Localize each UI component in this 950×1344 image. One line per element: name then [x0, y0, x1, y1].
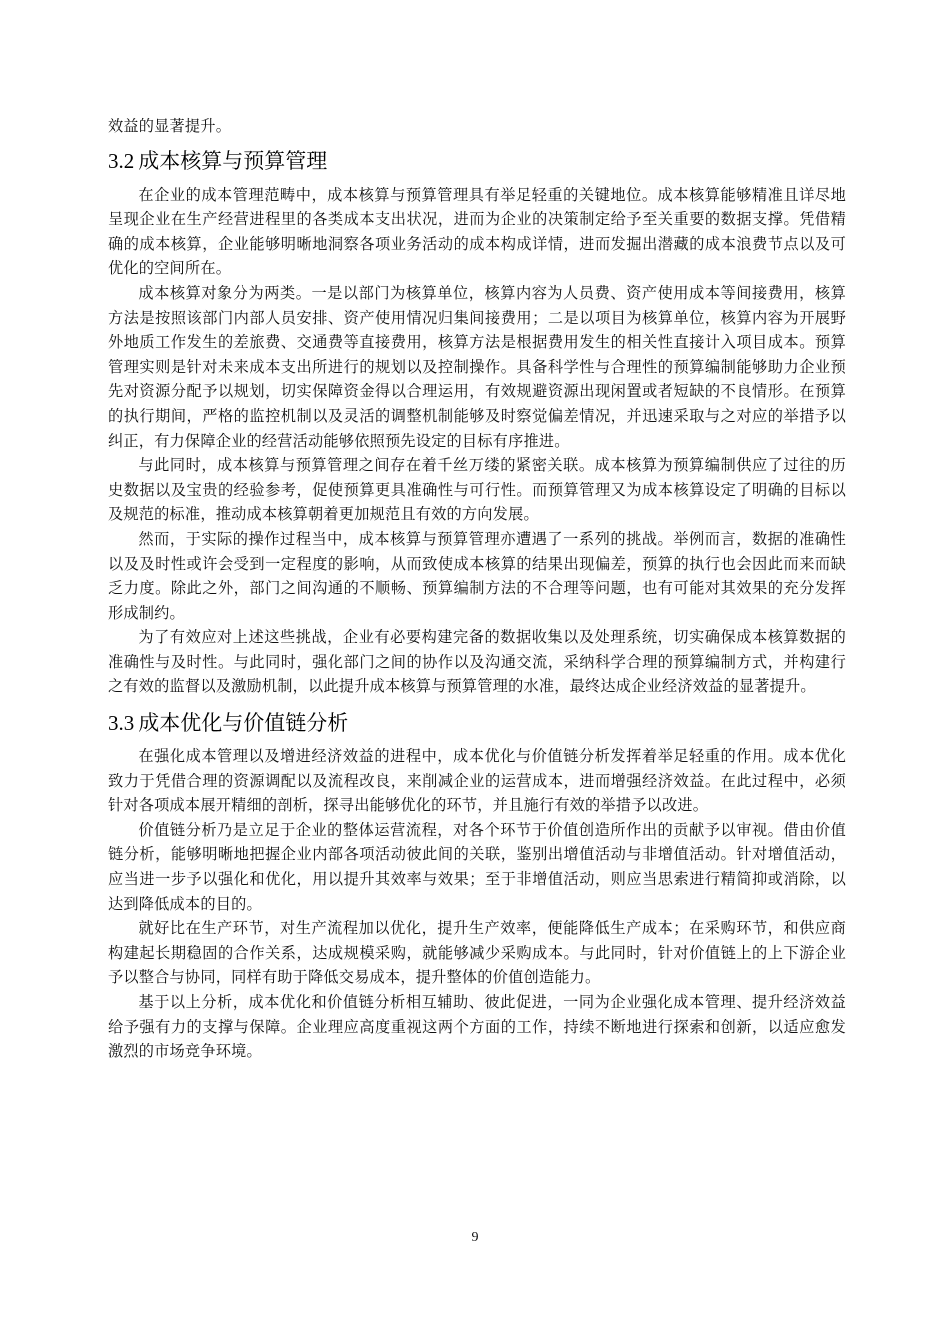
body-paragraph: 就好比在生产环节，对生产流程加以优化，提升生产效率，便能降低生产成本；在采购环节… — [108, 916, 846, 990]
document-page: 效益的显著提升。 3.2成本核算与预算管理 在企业的成本管理范畴中，成本核算与预… — [108, 114, 846, 1064]
page-number: 9 — [0, 1230, 950, 1246]
leading-paragraph-fragment: 效益的显著提升。 — [108, 114, 846, 139]
body-paragraph: 然而，于实际的操作过程当中，成本核算与预算管理亦遭遇了一系列的挑战。举例而言，数… — [108, 527, 846, 625]
body-paragraph: 为了有效应对上述这些挑战，企业有必要构建完备的数据收集以及处理系统，切实确保成本… — [108, 625, 846, 699]
section-heading-3-3: 3.3成本优化与价值链分析 — [108, 708, 846, 738]
body-paragraph: 在企业的成本管理范畴中，成本核算与预算管理具有举足轻重的关键地位。成本核算能够精… — [108, 183, 846, 281]
body-paragraph: 在强化成本管理以及增进经济效益的进程中，成本优化与价值链分析发挥着举足轻重的作用… — [108, 744, 846, 818]
body-paragraph: 价值链分析乃是立足于企业的整体运营流程，对各个环节于价值创造所作出的贡献予以审视… — [108, 818, 846, 916]
body-paragraph: 基于以上分析，成本优化和价值链分析相互辅助、彼此促进，一同为企业强化成本管理、提… — [108, 990, 846, 1064]
section-number: 3.3 — [108, 711, 134, 735]
section-title: 成本核算与预算管理 — [138, 149, 327, 173]
body-paragraph: 与此同时，成本核算与预算管理之间存在着千丝万缕的紧密关联。成本核算为预算编制供应… — [108, 453, 846, 527]
section-heading-3-2: 3.2成本核算与预算管理 — [108, 146, 846, 176]
body-paragraph: 成本核算对象分为两类。一是以部门为核算单位，核算内容为人员费、资产使用成本等间接… — [108, 281, 846, 453]
section-title: 成本优化与价值链分析 — [138, 711, 348, 735]
section-number: 3.2 — [108, 149, 134, 173]
